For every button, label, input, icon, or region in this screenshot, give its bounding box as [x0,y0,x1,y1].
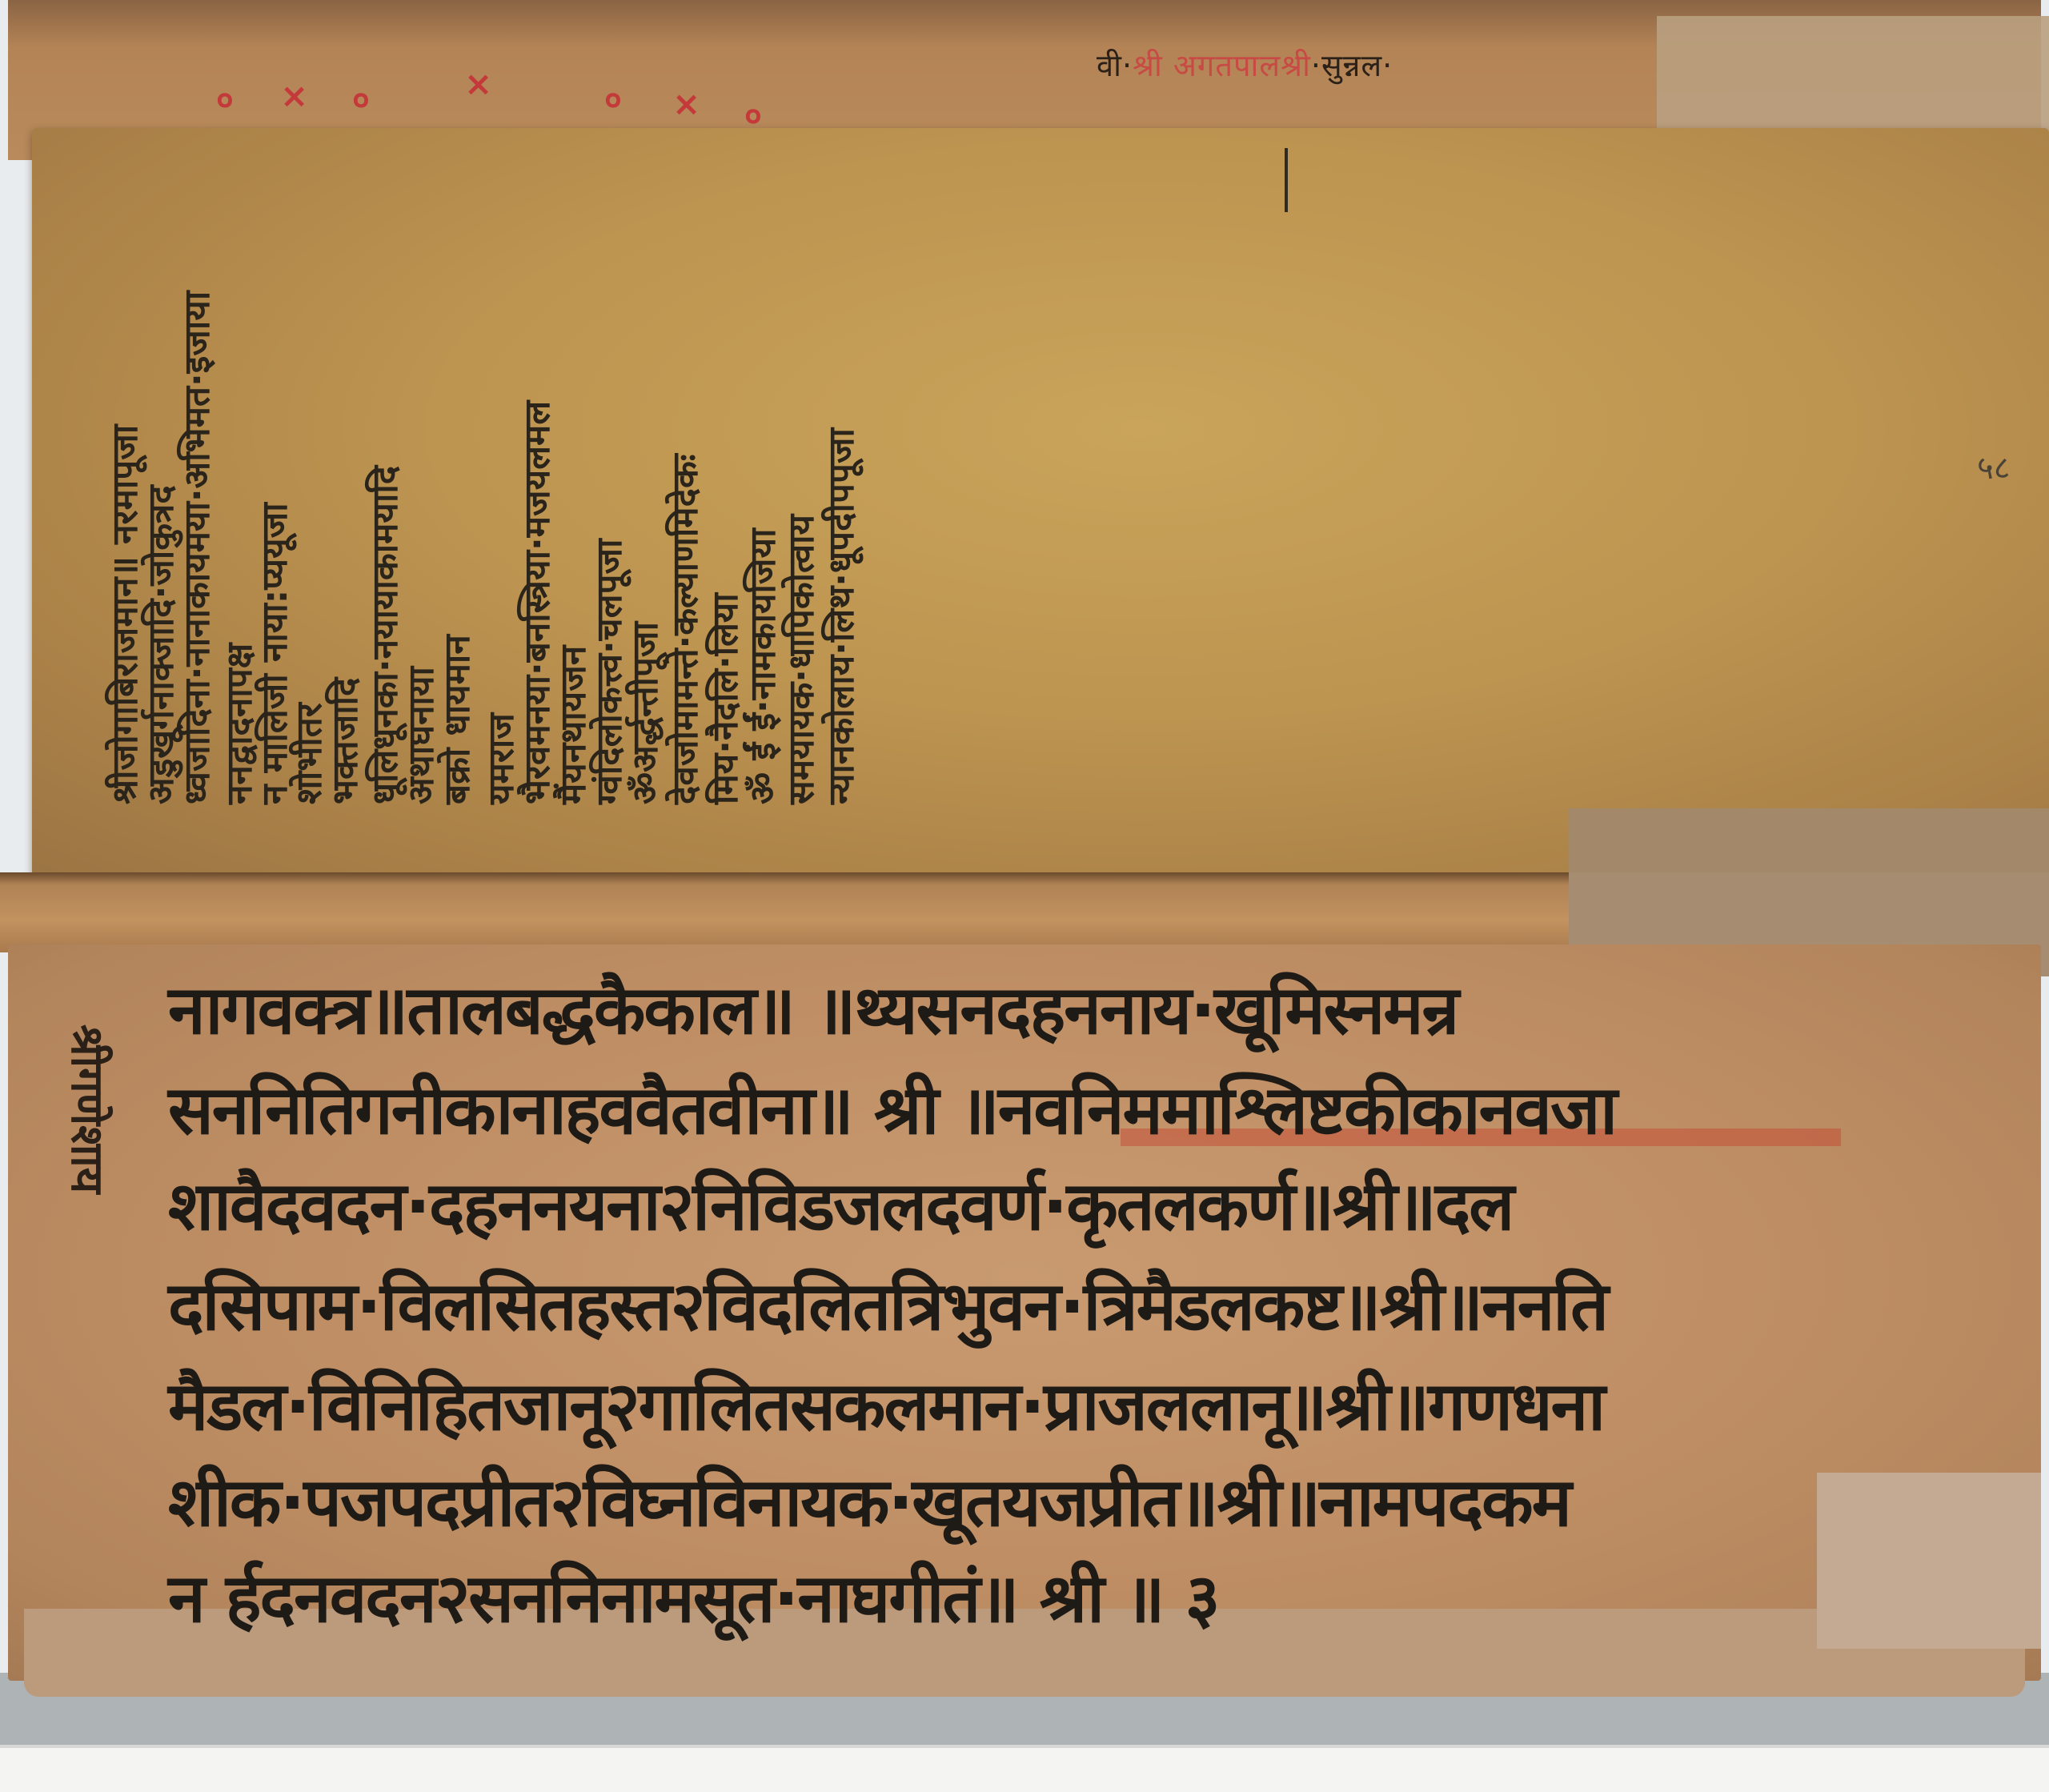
red-mark: × [672,84,700,123]
upper-page-text: श्रीजोगाबिराजमान॥ नरमापूजा अडुखूर्गनाक्ज… [48,176,1993,880]
title-rubric: श्री अगतपालश्री [1133,48,1311,83]
text-column: धूलिधूनका·नयायाकामयादि [368,304,403,804]
text-column: समयायक·धापिकोत्वाय [784,304,820,804]
text-column: मैंयनथायजन [556,528,591,804]
text-column: मिय·नैदलि·लिया [708,488,744,804]
text-column: ध्वजादिना·नानाकायमया·अभिमत·इजाया [180,204,215,804]
title-suffix: ·सुन्नल· [1311,48,1393,83]
red-mark: ० [352,76,370,122]
text-column: न्यानकोलाय·लिथ·धूपदीपपूजा [824,176,860,804]
red-mark: ० [604,76,622,122]
text-column: देवजोमामन्ते·कल्याणमिदेकः [668,232,704,804]
scanner-edge [0,1745,2049,1792]
text-line: मैडल·विनिहितजानू२गालितसकलमान·प्राजललानू॥… [168,1373,1604,1440]
text-column: ननद्वादनापक्ष [223,520,258,804]
red-mark: ० [216,76,234,122]
text-column: ॐअर्द्धन्तीपूजा [628,456,664,804]
back-leaf-title: वी·श्री अगतपालश्री·सुन्नल· [1097,44,1393,86]
text-line: शावैदवदन·दहननयना२निविडजलदवर्ण·कृतलकर्ण॥श… [168,1173,1513,1240]
text-column: अथाघनाया [404,596,439,804]
text-column: भक्तजादि [328,584,363,804]
text-line: सननितिगनीकानाहववैतवीना॥ श्री ॥नवनिममाश्ल… [168,1076,1616,1144]
text-line: न र्हदनवदन२सननिनामसूत·नाघगीतं॥ श्री ॥ ३ [168,1565,1218,1632]
text-column: ग्वंदिलोकत्त्व·चलपूजा [592,380,628,804]
text-line: नागवक्त्र॥तालबद्धकैकाल॥ ॥थ्यसनदहननाय·खूम… [168,976,1458,1044]
repair-patch [1817,1473,2041,1649]
text-column: अडुखूर्गनाक्जादि·जोकुत्रद [144,324,179,804]
text-column: श्रीजोगाबिराजमान॥ नरमापूजा [108,252,143,804]
text-column: यमराज [484,648,519,804]
red-mark: × [464,64,492,103]
folio-number: ५८ [1977,444,2011,488]
text-column: न मालिजी नाया:प्ययूजा [258,356,293,804]
text-column: बक्रो धायमान [440,544,475,804]
text-line: दसिपाम·विलसितहस्त२विदलितत्रिभुवन·त्रिमैड… [168,1273,1607,1340]
text-column: शोभीतर [292,624,327,804]
text-line: शीक·पजपदप्रीत२विघ्नविनायक·खूतयजप्रीत॥श्र… [168,1469,1570,1536]
text-column: भैरवमनया·बनस्त्रिया·मजयलमल [520,228,555,804]
margin-text: श्रीगणेशाय [56,1024,117,1193]
title-prefix: वी· [1097,48,1133,83]
text-column: ॐ ईं ईं·नामकायजिया [746,368,781,804]
red-mark: × [280,76,308,115]
